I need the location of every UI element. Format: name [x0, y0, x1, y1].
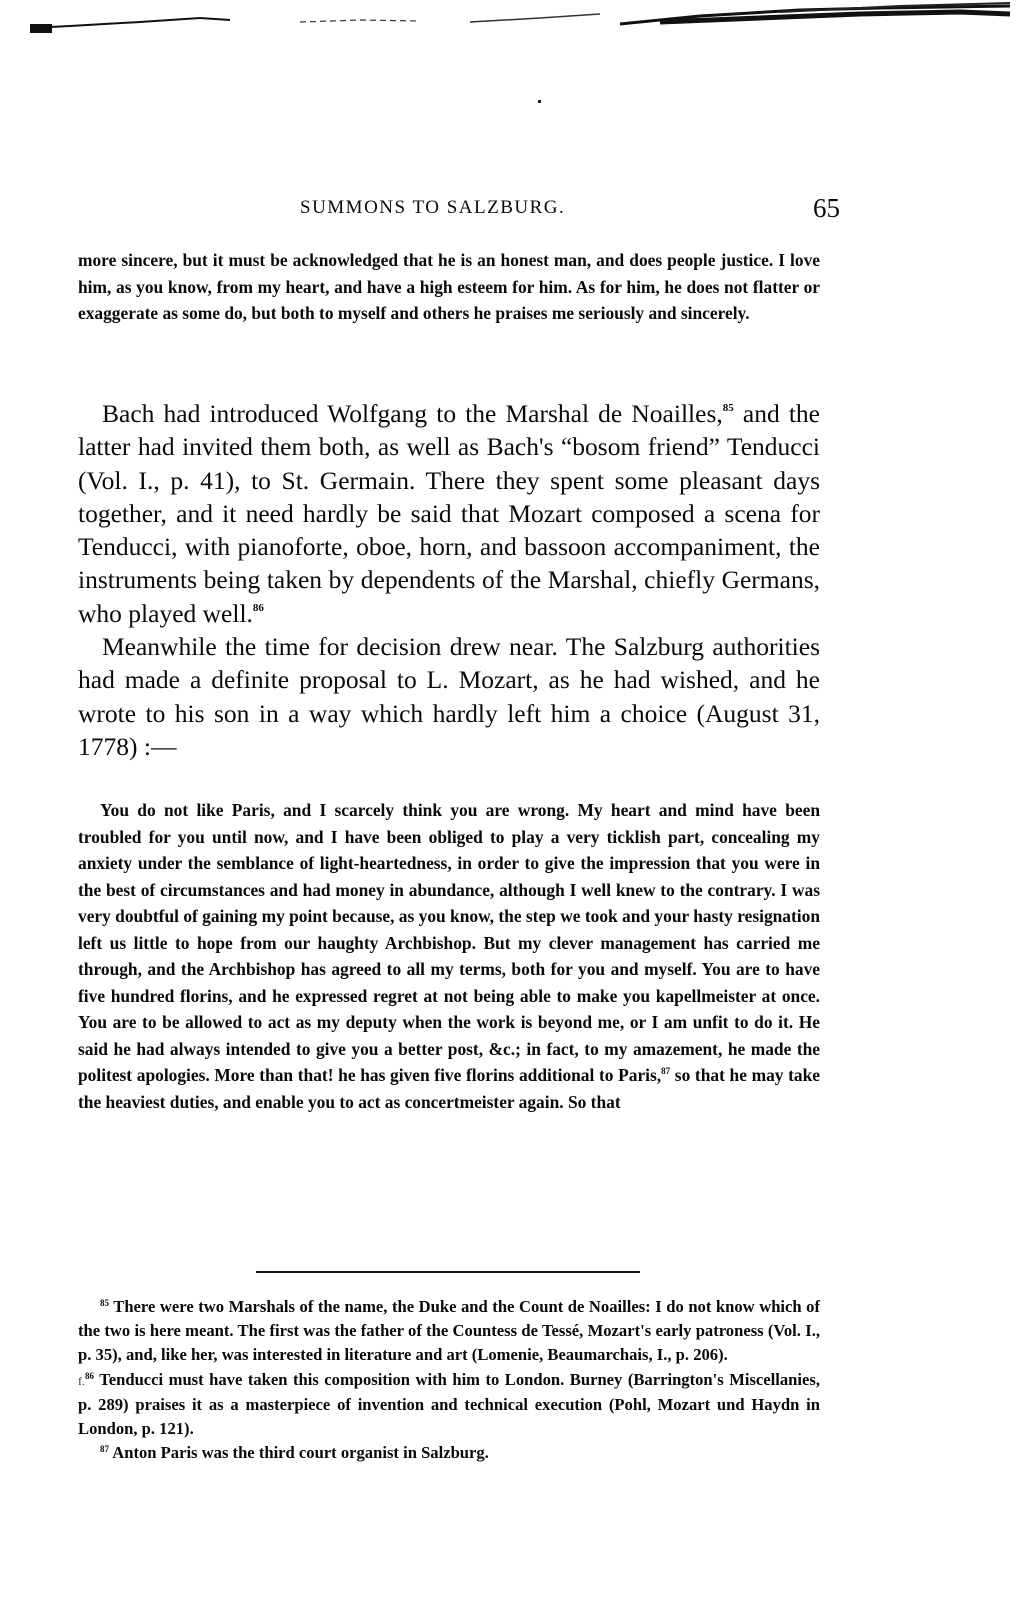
paragraph-text: Meanwhile the time for decision drew nea… [78, 632, 820, 761]
quoted-passage-continued: more sincere, but it must be acknowledge… [78, 247, 820, 327]
footnotes: 85 There were two Marshals of the name, … [78, 1295, 820, 1465]
footnote: 85 There were two Marshals of the name, … [78, 1295, 820, 1368]
footnote-text: Tenducci must have taken this compositio… [78, 1370, 820, 1438]
footnote-ref[interactable]: 85 [723, 402, 734, 414]
letter-text-part: You do not like Paris, and I scarcely th… [78, 800, 820, 1085]
stray-mark: f. [78, 1374, 85, 1388]
letter-quotation: You do not like Paris, and I scarcely th… [78, 797, 820, 1115]
quoted-passage-text: more sincere, but it must be acknowledge… [78, 247, 820, 327]
scan-edge-noise [0, 0, 1034, 40]
footnote-divider [256, 1271, 640, 1273]
footnote: 87 Anton Paris was the third court organ… [78, 1441, 820, 1465]
page-number: 65 [813, 193, 840, 224]
body-paragraph: Meanwhile the time for decision drew nea… [78, 630, 820, 763]
running-head: SUMMONS TO SALZBURG. 65 [60, 193, 840, 233]
running-title: SUMMONS TO SALZBURG. [300, 197, 565, 219]
footnote: f.86 Tenducci must have taken this compo… [78, 1368, 820, 1442]
footnote-number: 86 [85, 1371, 94, 1381]
scan-speck [538, 100, 541, 103]
footnote-number: 87 [100, 1444, 109, 1454]
footnote-ref[interactable]: 86 [253, 602, 264, 614]
letter-text: You do not like Paris, and I scarcely th… [78, 797, 820, 1115]
body-text: Bach had introduced Wolfgang to the Mars… [78, 397, 820, 763]
footnote-text: Anton Paris was the third court organist… [112, 1443, 489, 1462]
footnote-ref[interactable]: 87 [661, 1066, 670, 1076]
body-paragraph: Bach had introduced Wolfgang to the Mars… [78, 397, 820, 630]
footnote-text: There were two Marshals of the name, the… [78, 1297, 820, 1364]
paragraph-text: Bach had introduced Wolfgang to the Mars… [102, 399, 723, 428]
paragraph-text: and the latter had invited them both, as… [78, 399, 820, 628]
footnote-number: 85 [100, 1298, 109, 1308]
